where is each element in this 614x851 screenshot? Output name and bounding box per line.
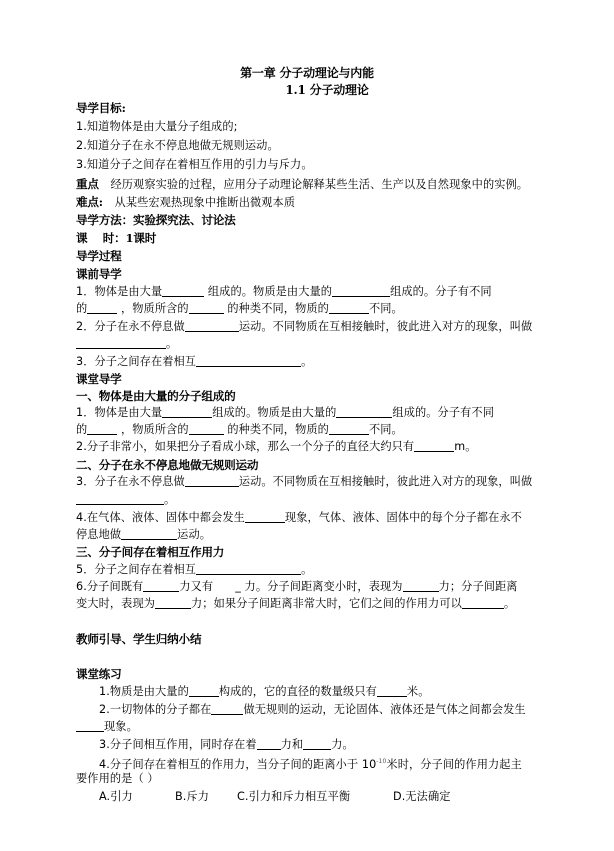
- in-class-q5: 5．分子之间存在着相互。: [76, 563, 312, 577]
- difficulty-label: 难点:: [76, 195, 103, 209]
- blank[interactable]: [87, 302, 117, 314]
- in-class-q2: 2.分子非常小，如果把分子看成小球，那么一个分子的直径大约只有m。: [76, 440, 477, 454]
- text: 3．分子在永不停息做: [76, 475, 185, 488]
- text: 运动。: [177, 528, 211, 541]
- text: 的: [76, 302, 87, 315]
- blank[interactable]: [245, 511, 285, 523]
- practice-q4-cont: 要作用的是（ ）: [76, 772, 159, 786]
- text: 2.分子非常小，如果把分子看成小球，那么一个分子的直径大约只有: [76, 440, 414, 453]
- blank[interactable]: [87, 423, 117, 435]
- section-heading-2: 二、分子在永不停息地做无规则运动: [76, 458, 258, 472]
- text: 6.分子间既有: [76, 580, 143, 593]
- blank[interactable]: [189, 302, 224, 314]
- difficulty-text: 从某些宏观热现象中推断出微观本质: [115, 196, 296, 209]
- text: _ 力。分子间距离变小时，表现为: [235, 580, 402, 593]
- text: 3．分子之间存在着相互: [76, 355, 196, 368]
- text: 5．分子之间存在着相互: [76, 563, 196, 576]
- key-point-text: 经历观察实验的过程，应用分子动理论解释某些生活、生产以及自然现象中的实例。: [110, 178, 528, 191]
- text: 做无规则的运动，无论固体、液体还是气体之间都会发生: [243, 703, 525, 716]
- text: 组成的。分子有不同: [390, 285, 492, 298]
- blank[interactable]: [329, 302, 369, 314]
- text: 运动。不同物质在互相接触时，彼此进入对方的现象，叫做: [239, 320, 532, 333]
- blank[interactable]: [332, 285, 390, 297]
- text: 。: [301, 563, 312, 576]
- text: 的种类不同，物质的: [224, 423, 329, 436]
- blank[interactable]: [257, 738, 281, 750]
- section-heading-3: 三、分子间存在着相互作用力: [76, 545, 224, 559]
- blank[interactable]: [414, 440, 454, 452]
- in-class-q3: 3．分子在永不停息做运动。不同物质在互相接触时，彼此进入对方的现象，叫做: [76, 475, 532, 489]
- option-c[interactable]: C.引力和斥力相互平衡: [237, 790, 393, 804]
- blank[interactable]: [185, 320, 239, 332]
- text: 力和: [281, 738, 304, 751]
- difficulty: 难点: 从某些宏观热现象中推断出微观本质: [76, 195, 295, 210]
- text: 现象，气体、液体、固体中的每个分子都在永不: [285, 511, 522, 524]
- text: 力；如果分子间距离非常大时，它们之间的作用力可以: [191, 597, 462, 610]
- blank[interactable]: [162, 406, 212, 418]
- blank[interactable]: [329, 423, 369, 435]
- pre-class-heading: 课前导学: [76, 267, 122, 281]
- text: 变大时，表现为: [76, 597, 155, 610]
- blank[interactable]: [155, 597, 191, 609]
- text: 组成的。物质是由大量的: [204, 285, 332, 298]
- blank[interactable]: [121, 528, 177, 540]
- in-class-q4-line1: 4.在气体、液体、固体中都会发生现象，气体、液体、固体中的每个分子都在永不: [76, 511, 522, 525]
- pre-class-q2-cont: 。: [76, 337, 177, 351]
- practice-q1: 1.物质是由大量的构成的，它的直径的数量级只有米。: [99, 685, 430, 699]
- text: 不同。: [369, 302, 403, 315]
- text: 1．物体是由大量: [76, 406, 162, 419]
- pre-class-q1-line1: 1．物体是由大量 组成的。物质是由大量的组成的。分子有不同: [76, 285, 492, 299]
- key-point: 重点 经历观察实验的过程，应用分子动理论解释某些生活、生产以及自然现象中的实例。: [76, 177, 528, 192]
- practice-q4-options: A.引力B.斥力C.引力和斥力相互平衡D.无法确定: [99, 790, 451, 804]
- pre-class-q3: 3．分子之间存在着相互。: [76, 355, 312, 369]
- text: 构成的，它的直径的数量级只有: [219, 685, 377, 698]
- in-class-q1-line1: 1．物体是由大量组成的。物质是由大量的组成的。分子有不同: [76, 406, 494, 420]
- text: ，物质所含的: [117, 423, 188, 436]
- text: 。: [166, 337, 177, 350]
- text: 3.分子间相互作用，同时存在着: [99, 738, 257, 751]
- text: 米时，分子间的作用力起主: [386, 758, 521, 771]
- text: 1.物质是由大量的: [99, 685, 189, 698]
- in-class-heading: 课堂导学: [76, 372, 122, 386]
- blank[interactable]: [196, 355, 301, 367]
- blank[interactable]: [162, 285, 204, 297]
- process-heading: 导学过程: [76, 249, 122, 263]
- blank[interactable]: [462, 597, 504, 609]
- text: 的: [76, 423, 87, 436]
- blank[interactable]: [76, 337, 166, 349]
- text: m。: [454, 440, 476, 453]
- option-a[interactable]: A.引力: [99, 790, 175, 804]
- in-class-q3-cont: 。: [76, 493, 175, 507]
- blank[interactable]: [377, 685, 407, 697]
- blank[interactable]: [76, 493, 164, 505]
- objective-item: 1.知道物体是由大量分子组成的;: [76, 120, 237, 134]
- in-class-q1-line2: 的 ，物质所含的 的种类不同，物质的不同。: [76, 423, 403, 437]
- text: 。: [504, 597, 515, 610]
- text: 力。: [331, 738, 354, 751]
- option-d[interactable]: D.无法确定: [393, 790, 451, 803]
- blank[interactable]: [303, 738, 331, 750]
- text: 。: [164, 493, 175, 506]
- pre-class-q2: 2．分子在永不停息做运动。不同物质在互相接触时，彼此进入对方的现象，叫做: [76, 320, 532, 334]
- blank[interactable]: [196, 563, 301, 575]
- text: 力又有: [179, 580, 213, 593]
- practice-heading: 课堂练习: [76, 667, 122, 681]
- practice-q2-cont: 现象。: [76, 720, 138, 734]
- in-class-q6-line2: 变大时，表现为力；如果分子间距离非常大时，它们之间的作用力可以。: [76, 597, 515, 611]
- objectives-heading: 导学目标:: [76, 101, 126, 115]
- blank[interactable]: [211, 703, 243, 715]
- text: 组成的。物质是由大量的: [212, 406, 336, 419]
- practice-q4: 4.分子间存在着相互的作用力，当分子间的距离小于 10-10米时，分子间的作用力…: [99, 755, 522, 772]
- blank[interactable]: [189, 423, 224, 435]
- text: 力；分子间距离: [439, 580, 518, 593]
- blank[interactable]: [76, 720, 104, 732]
- text: 4.分子间存在着相互的作用力，当分子间的距离小于 10: [99, 758, 376, 771]
- document-page: 第一章 分子动理论与内能 1.1 分子动理论 导学目标: 1.知道物体是由大量分…: [0, 0, 614, 851]
- text: 1．物体是由大量: [76, 285, 162, 298]
- blank[interactable]: [185, 475, 239, 487]
- text: 的种类不同，物质的: [224, 302, 329, 315]
- objective-item: 3.知道分子之间存在着相互作用的引力与斥力。: [76, 158, 313, 172]
- text: 2．分子在永不停息做: [76, 320, 185, 333]
- chapter-title: 第一章 分子动理论与内能: [0, 66, 614, 80]
- summary-heading: 教师引导、学生归纳小结: [76, 632, 201, 646]
- text: 。: [301, 355, 312, 368]
- class-hours-label: 课 时：: [76, 231, 126, 245]
- option-b[interactable]: B.斥力: [175, 790, 237, 804]
- text: 运动。不同物质在互相接触时，彼此进入对方的现象，叫做: [239, 475, 532, 488]
- practice-q3: 3.分子间相互作用，同时存在着力和力。: [99, 738, 354, 752]
- teaching-method: 导学方法：实验探究法、讨论法: [76, 213, 236, 227]
- text: 现象。: [104, 720, 138, 733]
- in-class-q4-line2: 停息地做运动。: [76, 528, 211, 542]
- section-heading-1: 一、物体是由大量的分子组成的: [76, 389, 236, 403]
- text: ，物质所含的: [117, 302, 188, 315]
- blank[interactable]: [336, 406, 392, 418]
- text: 组成的。分子有不同: [392, 406, 494, 419]
- objective-item: 2.知道分子在永不停息地做无规则运动。: [76, 139, 279, 153]
- text: 2.一切物体的分子都在: [99, 703, 211, 716]
- class-hours-value: 1课时: [126, 231, 157, 245]
- blank[interactable]: [143, 580, 179, 592]
- in-class-q6-line1: 6.分子间既有力又有_ 力。分子间距离变小时，表现为力；分子间距离: [76, 580, 518, 594]
- text: 停息地做: [76, 528, 121, 541]
- blank[interactable]: [403, 580, 439, 592]
- text: 米。: [407, 685, 430, 698]
- exponent: -10: [376, 758, 386, 765]
- pre-class-q1-line2: 的 ，物质所含的 的种类不同，物质的不同。: [76, 302, 403, 316]
- practice-q2: 2.一切物体的分子都在做无规则的运动，无论固体、液体还是气体之间都会发生: [99, 703, 526, 717]
- section-title: 1.1 分子动理论: [20, 83, 614, 97]
- class-hours: 课 时：1课时: [76, 231, 156, 245]
- blank[interactable]: [189, 685, 219, 697]
- text: 4.在气体、液体、固体中都会发生: [76, 511, 245, 524]
- key-point-label: 重点: [76, 177, 99, 191]
- text: 不同。: [369, 423, 403, 436]
